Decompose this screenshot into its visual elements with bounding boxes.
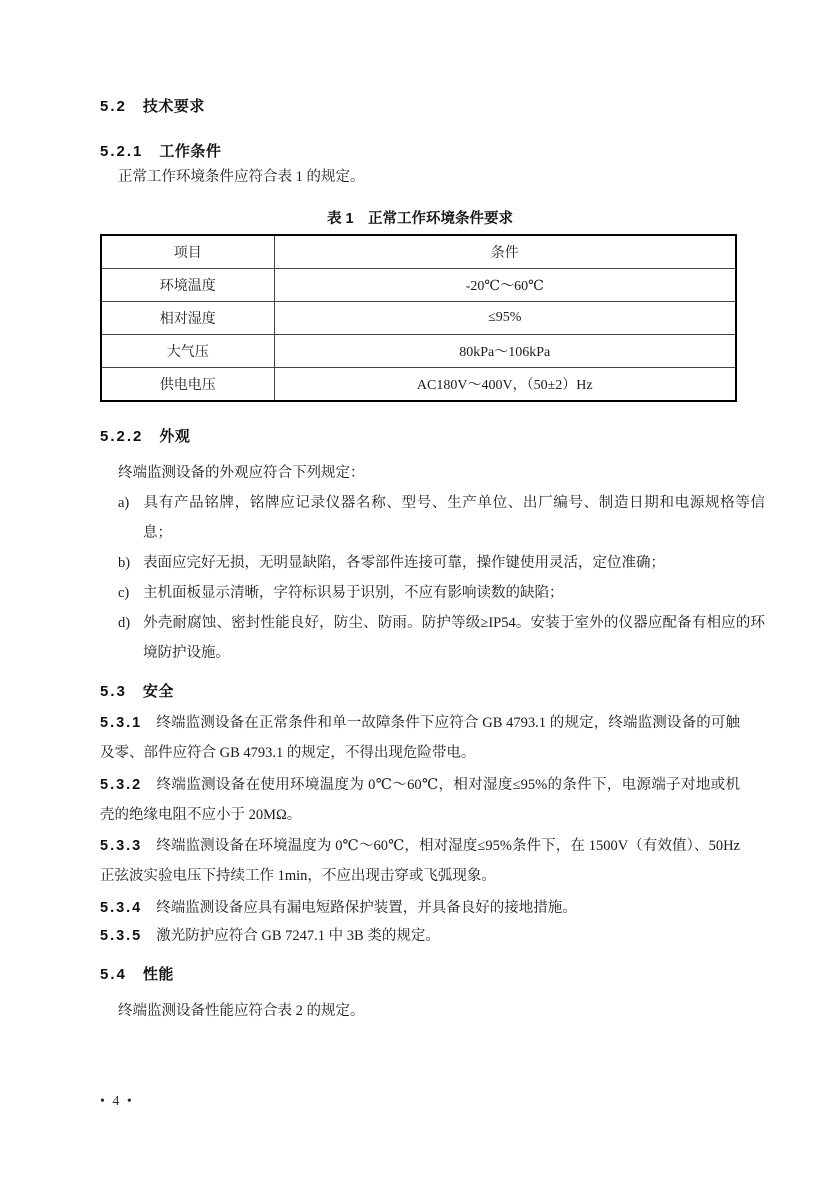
heading-5-3-number: 5.3 xyxy=(100,683,127,700)
paragraph-table2-intro: 终端监测设备性能应符合表 2 的规定。 xyxy=(118,996,365,1026)
list-item-d: d)外壳耐腐蚀、密封性能良好，防尘、防雨。防护等级≥IP54。安装于室外的仪器应… xyxy=(118,608,765,668)
table1-caption: 表 1 正常工作环境条件要求 xyxy=(100,207,740,228)
table1-cell-label: 环境温度 xyxy=(101,269,274,302)
clause-5-3-1: 5.3.1终端监测设备在正常条件和单一故障条件下应符合 GB 4793.1 的规… xyxy=(100,708,740,768)
clause-5-3-3: 5.3.3终端监测设备在环境温度为 0℃～60℃，相对湿度≤95%条件下，在 1… xyxy=(100,831,740,891)
table1-header-condition: 条件 xyxy=(274,235,736,269)
heading-5-2-1: 5.2.1工作条件 xyxy=(100,140,221,161)
heading-5-3-title: 安全 xyxy=(143,683,174,700)
heading-5-3: 5.3安全 xyxy=(100,680,174,701)
clause-number: 5.3.3 xyxy=(100,838,142,854)
list-text: 具有产品铭牌，铭牌应记录仪器名称、型号、生产单位、出厂编号、制造日期和电源规格等… xyxy=(143,495,765,541)
table-header-row: 项目 条件 xyxy=(101,235,736,269)
heading-5-2-2-title: 外观 xyxy=(159,428,190,445)
table1-cell-label: 大气压 xyxy=(101,335,274,368)
heading-5-2-2-number: 5.2.2 xyxy=(100,428,143,445)
list-item-a: a)具有产品铭牌，铭牌应记录仪器名称、型号、生产单位、出厂编号、制造日期和电源规… xyxy=(118,488,765,548)
table-row: 供电电压 AC180V～400V，（50±2）Hz xyxy=(101,368,736,402)
list-text: 表面应完好无损，无明显缺陷，各零部件连接可靠，操作键使用灵活，定位准确； xyxy=(143,555,665,571)
clause-5-3-5: 5.3.5激光防护应符合 GB 7247.1 中 3B 类的规定。 xyxy=(100,921,740,951)
clause-text: 终端监测设备在使用环境温度为 0℃～60℃，相对湿度≤95%的条件下，电源端子对… xyxy=(100,777,740,823)
paragraph-table1-intro: 正常工作环境条件应符合表 1 的规定。 xyxy=(118,162,365,192)
list-marker: d) xyxy=(118,608,143,638)
heading-5-2-1-number: 5.2.1 xyxy=(100,143,143,160)
clause-5-3-4: 5.3.4终端监测设备应具有漏电短路保护装置，并具备良好的接地措施。 xyxy=(100,893,740,923)
clause-number: 5.3.4 xyxy=(100,900,142,916)
clause-number: 5.3.5 xyxy=(100,928,142,944)
table-row: 环境温度 -20℃～60℃ xyxy=(101,269,736,302)
clause-5-3-2: 5.3.2终端监测设备在使用环境温度为 0℃～60℃，相对湿度≤95%的条件下，… xyxy=(100,770,740,830)
list-marker: c) xyxy=(118,578,143,608)
list-text: 主机面板显示清晰，字符标识易于识别，不应有影响读数的缺陷； xyxy=(143,585,564,601)
table1-header-item: 项目 xyxy=(101,235,274,269)
list-marker: a) xyxy=(118,488,143,518)
table1-cell-value: 80kPa～106kPa xyxy=(274,335,736,368)
table1-environment-conditions: 项目 条件 环境温度 -20℃～60℃ 相对湿度 ≤95% 大气压 80kPa～… xyxy=(100,234,737,402)
table-row: 大气压 80kPa～106kPa xyxy=(101,335,736,368)
clause-text: 终端监测设备在环境温度为 0℃～60℃，相对湿度≤95%条件下，在 1500V（… xyxy=(100,838,740,884)
table1-cell-value: -20℃～60℃ xyxy=(274,269,736,302)
heading-5-2-title: 技术要求 xyxy=(143,98,205,115)
clause-number: 5.3.1 xyxy=(100,715,142,731)
heading-5-2-number: 5.2 xyxy=(100,98,127,115)
heading-5-4-number: 5.4 xyxy=(100,966,127,983)
list-item-b: b)表面应完好无损，无明显缺陷，各零部件连接可靠，操作键使用灵活，定位准确； xyxy=(118,548,765,578)
clause-number: 5.3.2 xyxy=(100,777,142,793)
table-row: 相对湿度 ≤95% xyxy=(101,302,736,335)
clause-text: 激光防护应符合 GB 7247.1 中 3B 类的规定。 xyxy=(156,928,440,944)
document-page: 5.2技术要求 5.2.1工作条件 正常工作环境条件应符合表 1 的规定。 表 … xyxy=(0,0,840,1188)
heading-5-2-2: 5.2.2外观 xyxy=(100,425,190,446)
heading-5-2: 5.2技术要求 xyxy=(100,95,205,116)
clause-text: 终端监测设备应具有漏电短路保护装置，并具备良好的接地措施。 xyxy=(156,900,577,916)
paragraph-appearance-intro: 终端监测设备的外观应符合下列规定： xyxy=(118,458,365,488)
page-number: • 4 • xyxy=(100,1094,134,1110)
list-item-c: c)主机面板显示清晰，字符标识易于识别，不应有影响读数的缺陷； xyxy=(118,578,765,608)
clause-text: 终端监测设备在正常条件和单一故障条件下应符合 GB 4793.1 的规定，终端监… xyxy=(100,715,740,761)
heading-5-2-1-title: 工作条件 xyxy=(159,143,221,160)
heading-5-4: 5.4性能 xyxy=(100,963,174,984)
table1-cell-value: AC180V～400V，（50±2）Hz xyxy=(274,368,736,402)
table1-cell-label: 供电电压 xyxy=(101,368,274,402)
list-marker: b) xyxy=(118,548,143,578)
table1-cell-value: ≤95% xyxy=(274,302,736,335)
list-text: 外壳耐腐蚀、密封性能良好，防尘、防雨。防护等级≥IP54。安装于室外的仪器应配备… xyxy=(143,615,765,661)
table1-cell-label: 相对湿度 xyxy=(101,302,274,335)
heading-5-4-title: 性能 xyxy=(143,966,174,983)
